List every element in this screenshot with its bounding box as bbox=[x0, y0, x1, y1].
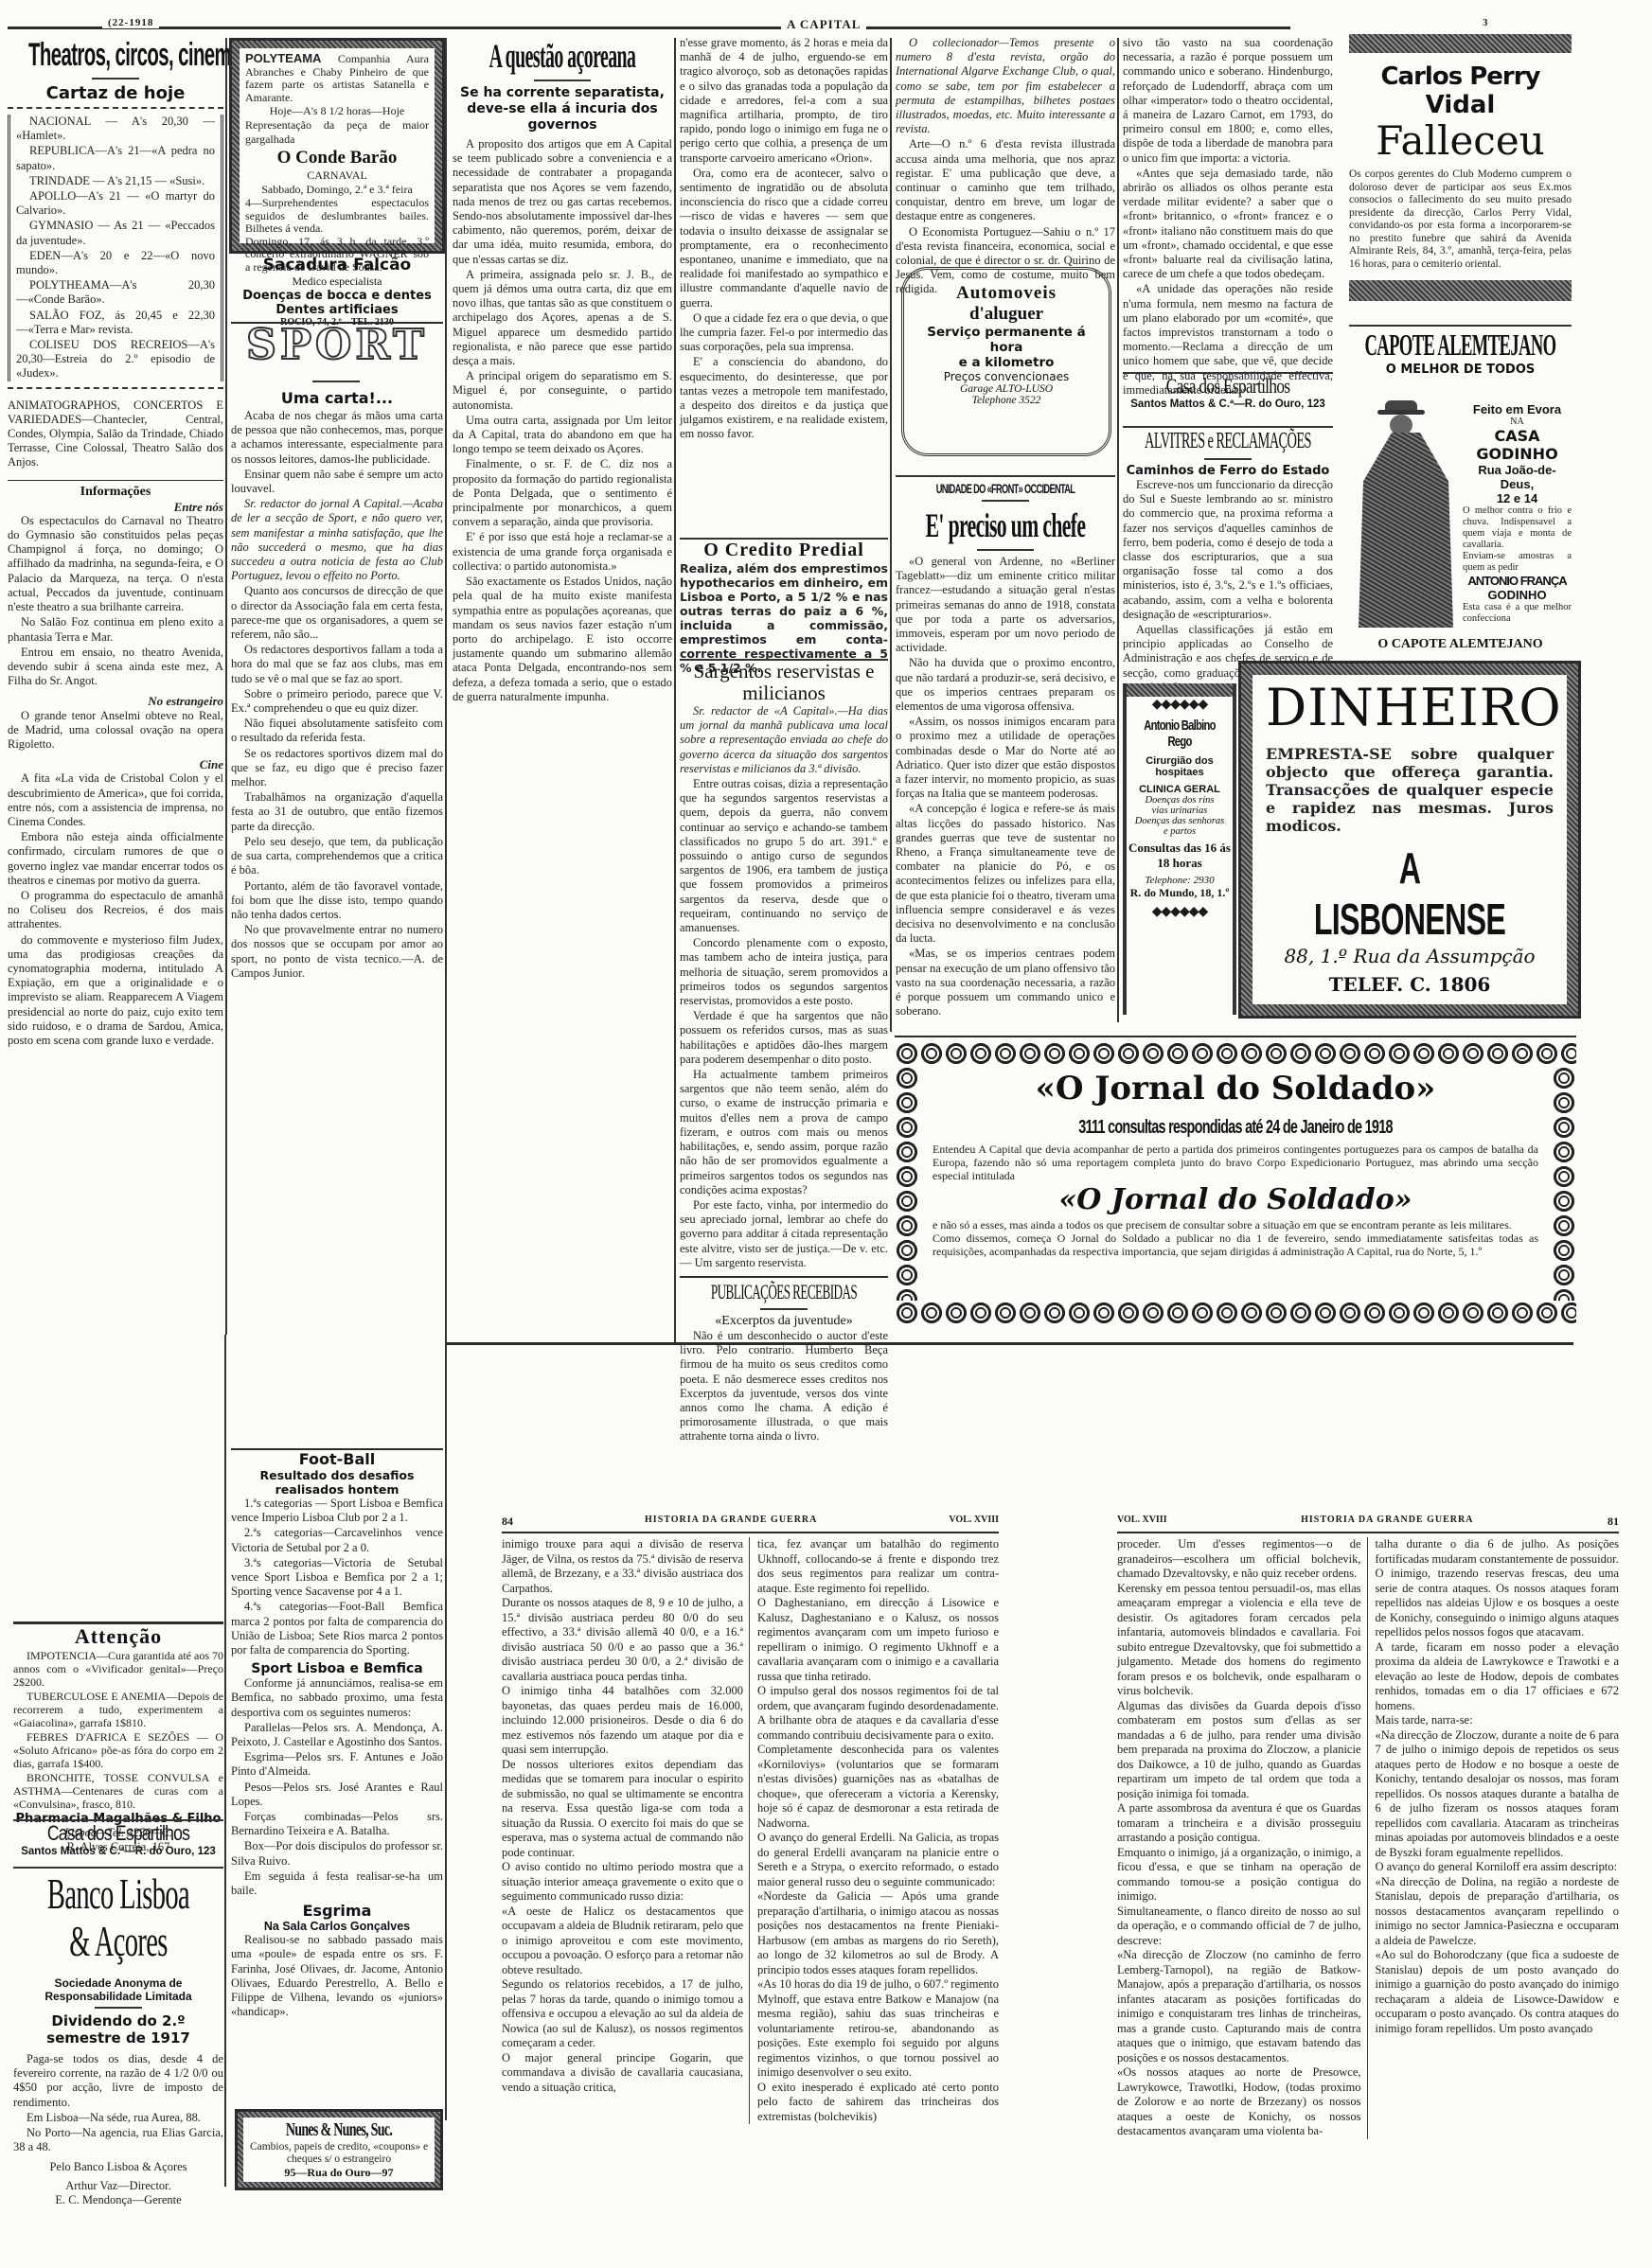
scroll-ornament-border bbox=[895, 1066, 919, 1301]
column-rule bbox=[445, 1335, 447, 2120]
column-rule bbox=[224, 1335, 226, 2187]
listing-item: APOLLO—A's 21 — «O martyr do Calvario». bbox=[16, 189, 215, 218]
notice-word: Falleceu bbox=[1349, 119, 1572, 163]
section-title: ALVITRES e RECLAMAÇÕES bbox=[1136, 428, 1319, 454]
result-item: 2.ªs categorias—Carcavelinhos vence Vict… bbox=[231, 1526, 443, 1554]
ad-title: DINHEIRO bbox=[1266, 681, 1554, 735]
subheadline: Se ha corrente separatista, deve-se ella… bbox=[453, 85, 672, 133]
kicker: UNIDADE DO «FRONT» OCCIDENTAL bbox=[901, 481, 1109, 496]
listing-item: TRINDADE — A's 21,15 — «Susi». bbox=[16, 174, 215, 188]
sport-banner: SPORT bbox=[231, 324, 443, 367]
sargentos-article: Sargentos reservistas e milicianos Sr. r… bbox=[680, 659, 888, 1445]
paper-name: A CAPITAL bbox=[781, 17, 866, 32]
deceased-name: Carlos Perry bbox=[1349, 62, 1572, 91]
rego-ad: ◆◆◆◆◆◆ Antonio Balbino Rego Cirurgião do… bbox=[1123, 683, 1236, 1015]
bank-name: Banco Lisboa bbox=[36, 1870, 202, 1918]
alvitres-section: ALVITRES e RECLAMAÇÕES Caminhos de Ferro… bbox=[1123, 426, 1333, 696]
listing-item: GYMNASIO — As 21 — «Peccados da juventud… bbox=[16, 219, 215, 247]
ad-title: Casa dos Espartilhos bbox=[13, 1821, 223, 1846]
ad-title: Casa dos Espartilhos bbox=[1144, 374, 1312, 399]
page-number: 84 bbox=[502, 1515, 513, 1529]
play-title: O Conde Barão bbox=[245, 148, 429, 168]
info-sub: Entre nós bbox=[8, 500, 223, 514]
cine-body: A fita «La vida de Cristobal Colon y el … bbox=[8, 771, 223, 1048]
info-title: Informações bbox=[8, 485, 223, 500]
publications-title: PUBLICAÇÕES RECEBIDAS bbox=[687, 1280, 880, 1304]
scroll-ornament-border bbox=[895, 1041, 1576, 1066]
result-item: 1.ªs categorias — Sport Lisboa e Bemfica… bbox=[231, 1497, 443, 1525]
running-title: HISTORIA DA GRANDE GUERRA bbox=[1301, 1515, 1473, 1529]
headline: A questão açoreana bbox=[453, 36, 672, 76]
azores-continued: n'esse grave momento, ás 2 horas e meia … bbox=[680, 36, 888, 443]
sport-column: Uma carta!... Acaba de nos chegar ás mão… bbox=[231, 383, 443, 982]
estrangeiro-sub: No estrangeiro bbox=[8, 694, 223, 708]
subtitle: Cartaz de hoje bbox=[8, 83, 223, 103]
cloaked-figure-illustration bbox=[1354, 400, 1458, 628]
firm-name: Nunes & Nunes, Suc. bbox=[275, 2119, 403, 2141]
article-title: Uma carta!... bbox=[231, 389, 443, 407]
nunes-ad: Nunes & Nunes, Suc. Cambios, papeis de c… bbox=[235, 2109, 443, 2190]
column-rule bbox=[1117, 38, 1119, 1022]
shop-name: CASA bbox=[1463, 427, 1572, 445]
top-rule bbox=[8, 27, 1290, 29]
polyteama-ad: POLYTEAMA Companhia Aura Abranches e Cha… bbox=[229, 38, 445, 254]
front-article: UNIDADE DO «FRONT» OCCIDENTAL E' preciso… bbox=[896, 475, 1115, 1020]
ornament-rule bbox=[8, 387, 223, 389]
football-title: Foot-Ball bbox=[231, 1450, 443, 1468]
doctor-name: Antonio Balbino bbox=[1140, 718, 1219, 734]
date-fragment: (22-1918 bbox=[102, 17, 159, 28]
listing-item: REPUBLICA—A's 21—«A pedra no sapato». bbox=[16, 144, 215, 172]
reviews-column: O collecionador—Temos presente o numero … bbox=[896, 36, 1115, 298]
azores-article: A questão açoreana Se ha corrente separa… bbox=[453, 36, 672, 705]
result-item: 3.ªs categorias—Victoria de Setubal venc… bbox=[231, 1556, 443, 1600]
ad-title: CAPOTE ALEMTEJANO bbox=[1358, 327, 1564, 363]
article-body: Acaba de nos chegar ás mãos uma carta de… bbox=[231, 409, 443, 981]
ad-item: BRONCHITE, TOSSE CONVULSA e ASTHMA—Cente… bbox=[13, 1771, 223, 1811]
front-continued: sivo tão vasto na sua coordenação necess… bbox=[1123, 36, 1333, 399]
falcao-ad: Sacadura Falcão Medico especialista Doen… bbox=[231, 256, 443, 328]
ad-item: TUBERCULOSE E ANEMIA—Depois de recorrere… bbox=[13, 1690, 223, 1729]
esgrima-title: Esgrima bbox=[231, 1902, 443, 1920]
historia-page-84: 84 HISTORIA DA GRANDE GUERRA VOL. XVIII … bbox=[502, 1515, 999, 2124]
listing-item: POLYTHEAMA—A's 20,30—«Conde Barão». bbox=[16, 278, 215, 307]
diamond-ornament: ◆◆◆◆◆◆ bbox=[1127, 697, 1233, 712]
jornal-soldado-ad: «O Jornal do Soldado» 3111 consultas res… bbox=[895, 1041, 1576, 1325]
dividend-title: Dividendo do 2.º semestre de 1917 bbox=[13, 2012, 223, 2047]
page-number: 81 bbox=[1608, 1515, 1619, 1529]
dinheiro-ad: DINHEIRO EMPRESTA-SE sobre qualquer obje… bbox=[1238, 661, 1581, 1019]
capote-ad: CAPOTE ALEMTEJANO O MELHOR DE TODOS Feit… bbox=[1349, 325, 1572, 654]
scroll-ornament-border bbox=[895, 1301, 1576, 1325]
text-column: proceder. Um d'esses regimentos—o de gra… bbox=[1117, 1537, 1368, 2139]
espartilhos-ad-left: Casa dos Espartilhos Santos Mattos & C.ª… bbox=[13, 1819, 223, 1857]
article-body: A proposito dos artigos que em A Capital… bbox=[453, 137, 672, 704]
text-column: tica, fez avançar um batalhão do regimen… bbox=[757, 1537, 999, 2124]
headline: E' preciso um chefe bbox=[916, 505, 1093, 545]
running-title: HISTORIA DA GRANDE GUERRA bbox=[645, 1515, 817, 1529]
football-section: Foot-Ball Resultado dos desafios realisa… bbox=[231, 1448, 443, 2021]
espartilhos-ad-right: Casa dos Espartilhos Santos Mattos & C.ª… bbox=[1123, 372, 1333, 410]
listing-item: NACIONAL — A's 20,30 — «Hamlet». bbox=[16, 115, 215, 143]
review-collecionador: O collecionador—Temos presente o numero … bbox=[896, 36, 1115, 136]
doctor-name: Sacadura Falcão bbox=[231, 256, 443, 275]
diamond-ornament: ◆◆◆◆◆◆ bbox=[1127, 904, 1233, 919]
column-rule bbox=[890, 38, 892, 1032]
column-rule bbox=[445, 38, 447, 1344]
text-column: inimigo trouxe para aqui a divisão de re… bbox=[502, 1537, 750, 2124]
ad-title: «O Jornal do Soldado» bbox=[933, 1068, 1538, 1109]
historia-page-81: VOL. XVIII HISTORIA DA GRANDE GUERRA 81 … bbox=[1117, 1515, 1619, 2139]
scroll-ornament-border bbox=[1552, 1066, 1576, 1301]
listings: NACIONAL — A's 20,30 — «Hamlet». REPUBLI… bbox=[8, 115, 223, 381]
info-body: Os espectaculos do Carnaval no Theatro d… bbox=[8, 514, 223, 688]
listing-item: EDEN—A's 20 e 22—«O novo mundo». bbox=[16, 249, 215, 277]
venue-name: POLYTEAMA bbox=[245, 51, 321, 65]
listing-item: COLISEU DOS RECREIOS—A's 20,30—Estreia d… bbox=[16, 338, 215, 381]
result-item: 4.ªs categorias—Foot-Ball Bemfica marca … bbox=[231, 1600, 443, 1657]
ad-item: IMPOTENCIA—Cura garantida até aos 70 ann… bbox=[13, 1649, 223, 1689]
ad-item: FEBRES D'AFRICA E SEZÕES — O «Soluto Afr… bbox=[13, 1730, 223, 1770]
review-arte: Arte—O n.º 6 d'esta revista illustrada a… bbox=[896, 137, 1115, 223]
ad-title: O Credito Predial bbox=[680, 540, 888, 561]
section-title: Theatros, circos, cinemas bbox=[8, 36, 223, 74]
banco-lisboa-ad: Banco Lisboa & Açores Sociedade Anonyma … bbox=[13, 1867, 223, 2207]
volume-label: VOL. XVIII bbox=[949, 1515, 999, 1529]
cine-sub: Cine bbox=[8, 757, 223, 771]
column-rule bbox=[674, 38, 676, 1344]
page-mark: 3 bbox=[1477, 17, 1495, 28]
slb-title: Sport Lisboa e Bemfica bbox=[231, 1661, 443, 1676]
automoveis-ad: Automoveis d'aluguer Serviço permanente … bbox=[901, 267, 1111, 456]
article-title: Sargentos reservistas e milicianos bbox=[680, 661, 888, 704]
column-rule bbox=[225, 38, 227, 1335]
text-column: talha durante o dia 6 de julho. As posiç… bbox=[1376, 1537, 1620, 2139]
listing-item: SALÃO FOZ, ás 20,45 e 22,30 —«Terra e Ma… bbox=[16, 309, 215, 337]
divider bbox=[8, 480, 223, 481]
credito-predial-ad: O Credito Predial Realiza, além dos empr… bbox=[680, 538, 888, 675]
volume-label: VOL. XVIII bbox=[1117, 1515, 1167, 1529]
lender-name: A LISBONENSE bbox=[1309, 842, 1511, 945]
divider bbox=[92, 78, 139, 80]
perry-vidal-notice: Carlos Perry Vidal Falleceu Os corpos ge… bbox=[1349, 34, 1572, 301]
theatre-section: Theatros, circos, cinemas Cartaz de hoje… bbox=[8, 36, 223, 1049]
cinemas-note: ANIMATOGRAPHOS, CONCERTOS E VARIEDADES—C… bbox=[8, 399, 223, 470]
ad-title: Attenção bbox=[13, 1624, 223, 1649]
ornament-rule bbox=[8, 107, 223, 109]
